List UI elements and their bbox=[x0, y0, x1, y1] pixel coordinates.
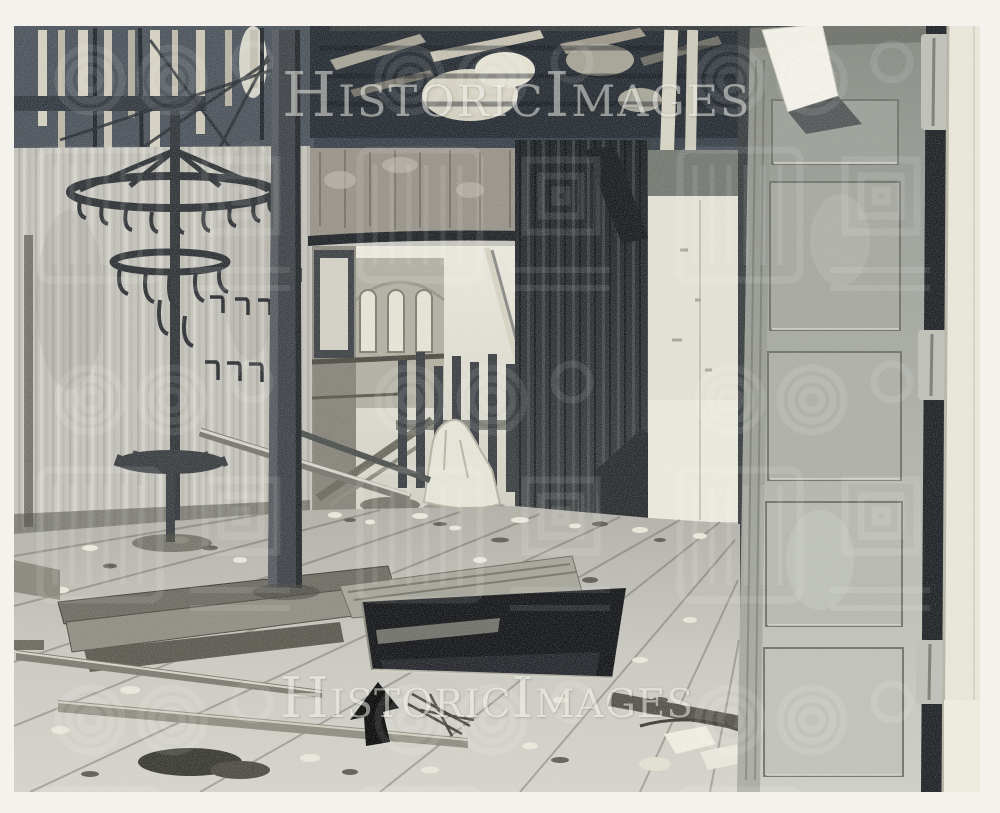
press-photo: HistoricImages HistoricImages bbox=[14, 26, 980, 792]
photo-scene bbox=[14, 26, 980, 792]
watermark-pattern bbox=[14, 26, 980, 792]
scanned-photo-border: HistoricImages HistoricImages bbox=[0, 0, 1000, 813]
